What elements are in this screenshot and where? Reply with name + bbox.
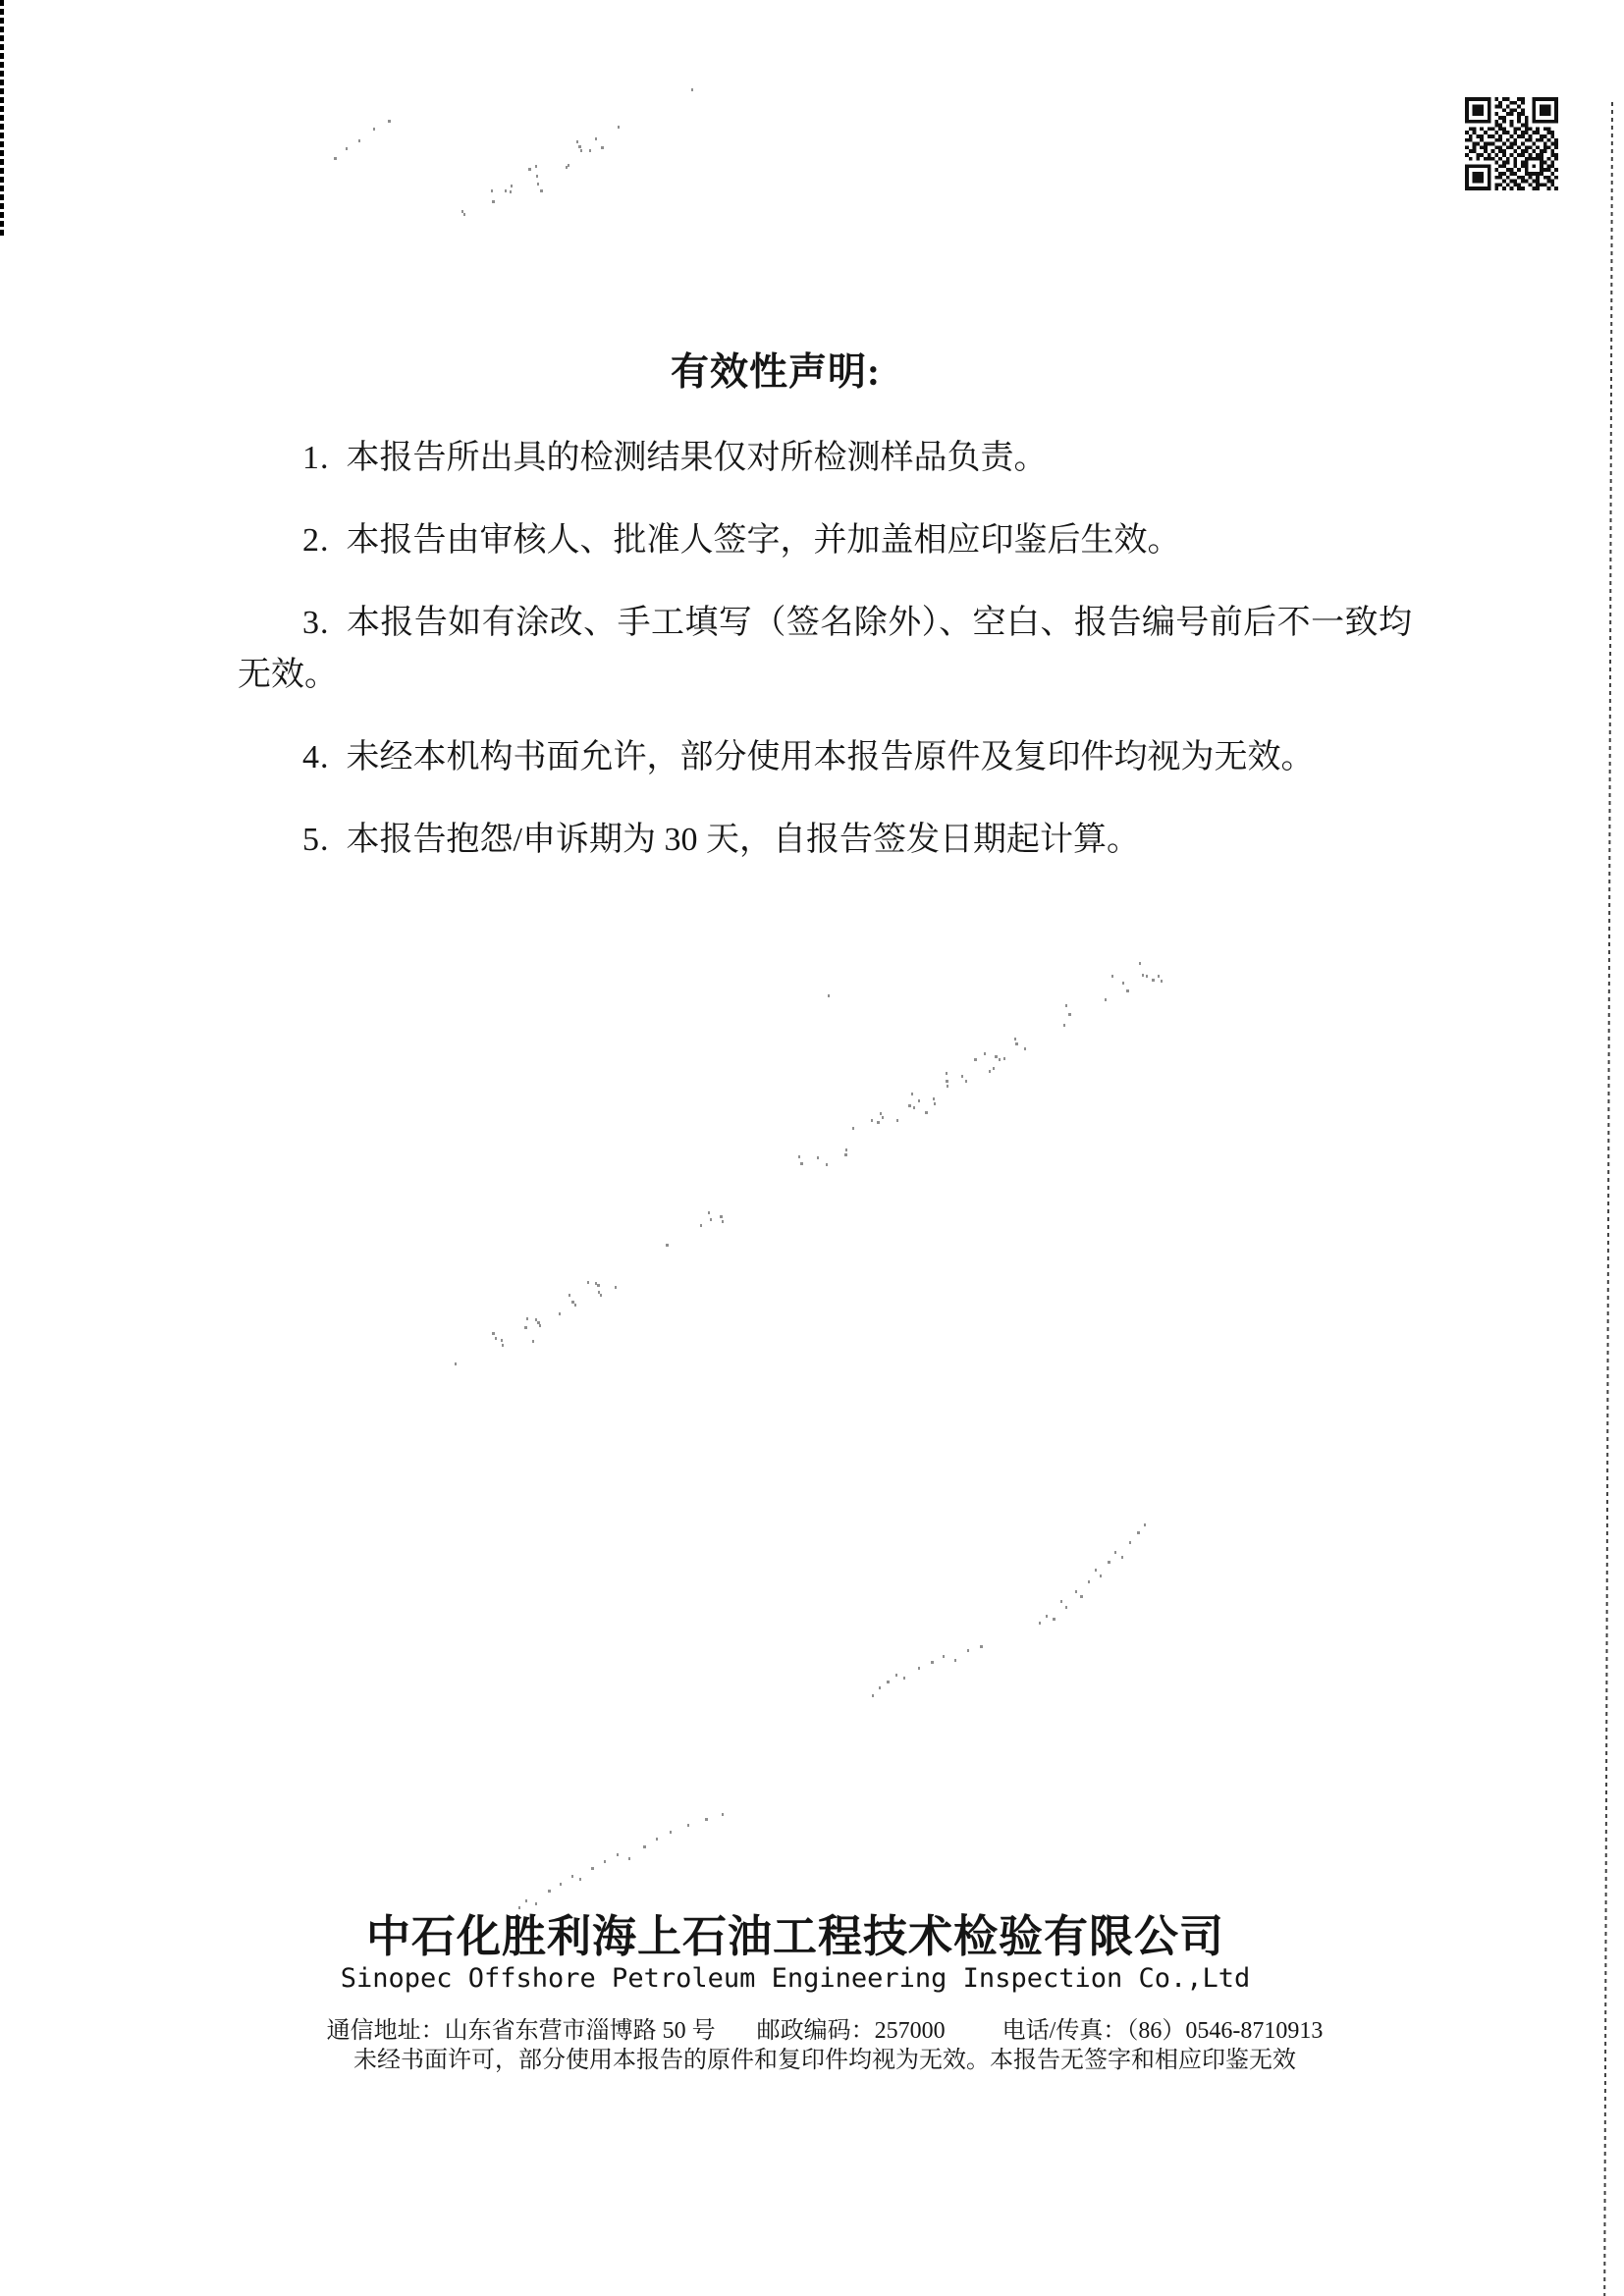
scan-speck — [535, 1902, 537, 1905]
document-page: 有效性声明: 1.本报告所出具的检测结果仅对所检测样品负责。2.本报告由审核人、… — [0, 0, 1624, 2296]
scan-speck — [882, 1116, 884, 1119]
item-number: 4. — [302, 739, 330, 775]
scan-speck — [388, 120, 391, 123]
scan-speck — [1003, 1057, 1005, 1060]
scan-speck — [1046, 1615, 1048, 1618]
scan-speck — [705, 1818, 708, 1821]
scan-speck — [999, 1058, 1001, 1061]
scan-speck — [1065, 1004, 1067, 1007]
scan-speck — [967, 1649, 969, 1652]
scan-speck — [548, 1890, 551, 1893]
scan-speck — [691, 88, 693, 91]
scan-speck — [1024, 1047, 1026, 1050]
scan-speck — [872, 1694, 874, 1697]
scan-speck — [576, 140, 578, 143]
scan-speck — [954, 1659, 956, 1662]
scan-speck — [879, 1686, 881, 1689]
item-number: 5. — [302, 822, 330, 858]
scan-speck — [933, 1097, 935, 1100]
qr-code — [1465, 97, 1558, 190]
scan-speck — [800, 1162, 803, 1165]
scan-speck — [502, 1344, 504, 1347]
scan-speck — [947, 1085, 948, 1088]
scan-speck — [1015, 1042, 1018, 1045]
scan-speck — [537, 183, 539, 186]
scan-speck — [535, 165, 537, 168]
scan-speck — [1053, 1618, 1056, 1621]
scan-speck — [911, 1093, 913, 1095]
scan-speck — [687, 1824, 689, 1827]
scan-speck — [580, 149, 582, 152]
scan-speck — [817, 1156, 819, 1159]
scan-speck — [1075, 1590, 1077, 1593]
scan-speck — [568, 164, 569, 167]
scan-speck — [571, 1875, 573, 1878]
footer-phone-fax: 电话/传真：（86）0546-8710913 — [1002, 2018, 1324, 2044]
scan-speck — [560, 1883, 562, 1886]
scan-speck — [1152, 979, 1155, 982]
scan-speck — [1158, 975, 1160, 978]
scan-speck — [604, 1860, 606, 1863]
scan-speck — [595, 137, 597, 140]
item-text: 未经本机构书面允许，部分使用本报告原件及复印件均视为无效。 — [347, 739, 1315, 775]
scan-speck — [798, 1155, 800, 1158]
scan-speck — [1142, 974, 1144, 977]
statement-item: 4.未经本机构书面允许，部分使用本报告原件及复印件均视为无效。 — [238, 731, 1412, 783]
scan-speck — [510, 190, 512, 193]
scan-speck — [492, 1332, 495, 1335]
scan-speck — [373, 128, 375, 131]
scan-speck — [600, 1294, 602, 1297]
statement-item: 5.本报告抱怨/申诉期为 30 天，自报告签发日期起计算。 — [238, 814, 1412, 866]
scan-speck — [1100, 1575, 1102, 1577]
scan-speck — [579, 1878, 581, 1881]
scan-speck — [532, 1340, 534, 1343]
scan-speck — [1126, 989, 1129, 992]
scan-speck — [628, 1857, 630, 1860]
scan-speck — [666, 1244, 669, 1247]
scan-speck — [722, 1220, 724, 1223]
scan-speck — [1065, 1606, 1067, 1609]
scan-speck — [980, 1645, 983, 1648]
scan-speck — [1122, 982, 1124, 985]
scan-speck — [1088, 1580, 1090, 1583]
footer-postal-code: 邮政编码：257000 — [757, 2018, 946, 2044]
scan-speck — [346, 147, 348, 150]
scan-speck — [358, 139, 360, 142]
scan-artifact-left-edge — [0, 0, 4, 238]
footer-contact-line: 通信地址：山东省东营市淄博路 50 号 邮政编码：257000 电话/传真：（8… — [0, 2016, 1624, 2046]
footer-notice-line: 未经书面许可，部分使用本报告的原件和复印件均视为无效。本报告无签字和相应印鉴无效 — [0, 2046, 1624, 2075]
statement-item: 1.本报告所出具的检测结果仅对所检测样品负责。 — [238, 432, 1412, 484]
scan-speck — [903, 1677, 905, 1680]
item-number: 3. — [302, 605, 330, 641]
statement-title: 有效性声明: — [671, 342, 881, 397]
scan-speck — [943, 1655, 945, 1658]
scan-speck — [463, 213, 465, 216]
scan-speck — [946, 1080, 948, 1083]
footer-address: 通信地址：山东省东营市淄博路 50 号 — [327, 2018, 716, 2044]
item-text: 本报告由审核人、批准人签字，并加盖相应印鉴后生效。 — [347, 522, 1181, 559]
scan-speck — [1039, 1622, 1041, 1625]
scan-speck — [587, 1281, 589, 1284]
scan-speck — [670, 1831, 672, 1834]
scan-speck — [844, 1153, 847, 1156]
statement-item: 2.本报告由审核人、批准人签字，并加盖相应印鉴后生效。 — [238, 514, 1412, 566]
scan-speck — [993, 1067, 995, 1070]
footer-block: 通信地址：山东省东营市淄博路 50 号 邮政编码：257000 电话/传真：（8… — [0, 2016, 1624, 2075]
company-name-zh: 中石化胜利海上石油工程技术检验有限公司 — [0, 1912, 1591, 1961]
scan-speck — [1139, 962, 1141, 965]
scan-speck — [491, 189, 493, 192]
scan-speck — [568, 1294, 570, 1297]
scan-speck — [536, 175, 538, 178]
scan-speck — [984, 1052, 986, 1055]
scan-speck — [524, 1326, 527, 1329]
scan-speck — [708, 1211, 710, 1214]
company-block: 中石化胜利海上石油工程技术检验有限公司 Sinopec Offshore Pet… — [0, 1912, 1591, 1995]
scan-speck — [1105, 998, 1107, 1001]
scan-speck — [574, 1304, 576, 1307]
scan-speck — [895, 1674, 897, 1677]
scan-speck — [896, 1119, 898, 1122]
scan-speck — [518, 1906, 520, 1909]
scan-speck — [591, 1867, 594, 1870]
scan-speck — [826, 1163, 828, 1166]
scan-speck — [845, 1148, 847, 1151]
item-text: 本报告所出具的检测结果仅对所检测样品负责。 — [347, 440, 1048, 476]
scan-speck — [643, 1845, 646, 1848]
item-number: 1. — [302, 440, 330, 476]
item-text: 本报告抱怨/申诉期为 30 天，自报告签发日期起计算。 — [347, 822, 1140, 858]
scan-speck — [1114, 1551, 1116, 1554]
scan-speck — [1060, 1600, 1062, 1603]
scan-speck — [995, 1055, 998, 1058]
scan-speck — [918, 1099, 920, 1102]
scan-speck — [871, 1119, 873, 1122]
scan-artifact-right-edge — [1603, 102, 1613, 2296]
statement-list: 1.本报告所出具的检测结果仅对所检测样品负责。2.本报告由审核人、批准人签字，并… — [238, 432, 1412, 896]
scan-speck — [961, 1075, 963, 1078]
scan-speck — [1146, 975, 1148, 978]
company-name-en: Sinopec Offshore Petroleum Engineering I… — [0, 1963, 1591, 1995]
scan-speck — [1080, 1595, 1083, 1598]
scan-speck — [597, 1284, 600, 1287]
scan-speck — [617, 1853, 619, 1856]
statement-item: 3.本报告如有涂改、手工填写（签名除外）、空白、报告编号前后不一致均无效。 — [238, 597, 1412, 701]
scan-speck — [1129, 1541, 1131, 1544]
scan-speck — [540, 189, 543, 192]
scan-speck — [913, 1106, 915, 1109]
scan-speck — [852, 1127, 854, 1130]
scan-speck — [455, 1362, 457, 1365]
scan-speck — [880, 1112, 882, 1115]
scan-speck — [528, 168, 531, 171]
scan-speck — [656, 1838, 658, 1841]
scan-speck — [1137, 1531, 1140, 1534]
scan-speck — [946, 1072, 947, 1075]
scan-speck — [601, 146, 604, 149]
scan-speck — [1068, 1013, 1071, 1016]
scan-speck — [559, 1312, 561, 1315]
scan-speck — [722, 1813, 724, 1816]
scan-speck — [934, 1102, 936, 1105]
scan-speck — [539, 1324, 541, 1327]
scan-speck — [1111, 975, 1113, 978]
scan-speck — [1095, 1569, 1097, 1572]
scan-speck — [931, 1661, 934, 1664]
scan-speck — [974, 1058, 977, 1061]
scan-speck — [492, 200, 495, 203]
scan-speck — [989, 1070, 991, 1073]
scan-speck — [1161, 980, 1163, 983]
scan-speck — [1108, 1561, 1110, 1564]
scan-speck — [925, 1111, 928, 1114]
scan-speck — [710, 1218, 712, 1221]
scan-speck — [908, 1104, 911, 1107]
scan-speck — [505, 189, 507, 192]
scan-speck — [501, 1339, 503, 1342]
item-number: 2. — [302, 522, 330, 559]
scan-speck — [887, 1681, 890, 1683]
scan-speck — [589, 149, 591, 152]
scan-speck — [334, 157, 337, 160]
scan-speck — [615, 1286, 617, 1289]
scan-speck — [1144, 1523, 1146, 1526]
scan-speck — [828, 994, 830, 997]
item-text: 本报告如有涂改、手工填写（签名除外）、空白、报告编号前后不一致均无效。 — [238, 605, 1412, 693]
scan-speck — [1063, 1024, 1065, 1027]
scan-speck — [578, 145, 581, 148]
scan-speck — [1121, 1556, 1123, 1559]
scan-speck — [965, 1080, 967, 1083]
scan-speck — [1014, 1038, 1016, 1041]
scan-speck — [511, 185, 513, 187]
scan-speck — [526, 1317, 528, 1320]
scan-speck — [700, 1224, 702, 1227]
scan-speck — [495, 1337, 497, 1340]
scan-speck — [525, 1899, 527, 1902]
scan-speck — [720, 1215, 723, 1218]
scan-speck — [918, 1667, 920, 1670]
scan-speck — [618, 126, 620, 129]
scan-speck — [877, 1121, 880, 1124]
